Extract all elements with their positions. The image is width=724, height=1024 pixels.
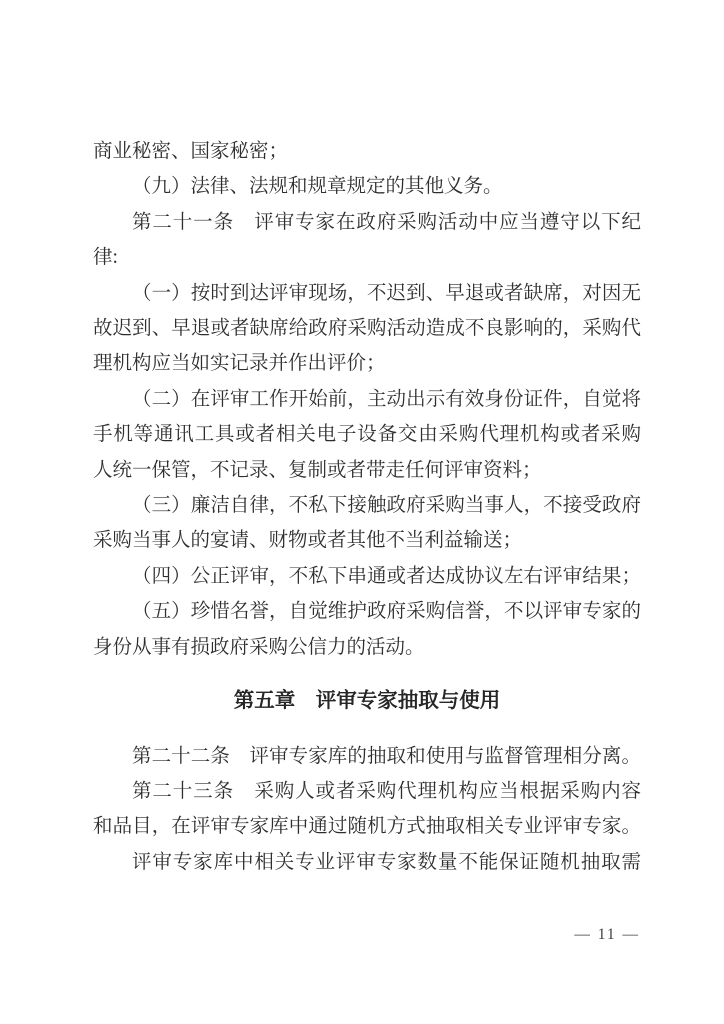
- text-line: 律:: [93, 240, 641, 275]
- text-line: 第二十二条 评审专家库的抽取和使用与监督管理相分离。: [93, 739, 641, 774]
- text-line: 采购当事人的宴请、财物或者其他不当利益输送；: [93, 523, 641, 558]
- text-line: 理机构应当如实记录并作出评价；: [93, 346, 641, 381]
- text-line: （三）廉洁自律，不私下接触政府采购当事人，不接受政府: [93, 488, 641, 523]
- text-line: 手机等通讯工具或者相关电子设备交由采购代理机构或者采购: [93, 417, 641, 452]
- text-line: 第二十三条 采购人或者采购代理机构应当根据采购内容: [93, 774, 641, 809]
- text-line: （四）公正评审，不私下串通或者达成协议左右评审结果；: [93, 559, 641, 594]
- text-line: （五）珍惜名誉，自觉维护政府采购信誉，不以评审专家的: [93, 594, 641, 629]
- document-text-block: 商业秘密、国家秘密； （九）法律、法规和规章规定的其他义务。 第二十一条 评审专…: [93, 134, 641, 880]
- text-line: 故迟到、早退或者缺席给政府采购活动造成不良影响的，采购代: [93, 311, 641, 346]
- text-line: （一）按时到达评审现场，不迟到、早退或者缺席，对因无: [93, 276, 641, 311]
- text-line: 第二十一条 评审专家在政府采购活动中应当遵守以下纪: [93, 205, 641, 240]
- text-line: 身份从事有损政府采购公信力的活动。: [93, 630, 641, 665]
- document-page: 商业秘密、国家秘密； （九）法律、法规和规章规定的其他义务。 第二十一条 评审专…: [0, 0, 724, 1024]
- page-number: — 11 —: [574, 925, 640, 945]
- text-line: （二）在评审工作开始前，主动出示有效身份证件，自觉将: [93, 382, 641, 417]
- text-line: 人统一保管，不记录、复制或者带走任何评审资料；: [93, 453, 641, 488]
- text-line: 评审专家库中相关专业评审专家数量不能保证随机抽取需: [93, 845, 641, 880]
- text-line: 商业秘密、国家秘密；: [93, 134, 641, 169]
- text-line: 和品目，在评审专家库中通过随机方式抽取相关专业评审专家。: [93, 809, 641, 844]
- chapter-heading: 第五章 评审专家抽取与使用: [93, 683, 641, 718]
- text-line: （九）法律、法规和规章规定的其他义务。: [93, 169, 641, 204]
